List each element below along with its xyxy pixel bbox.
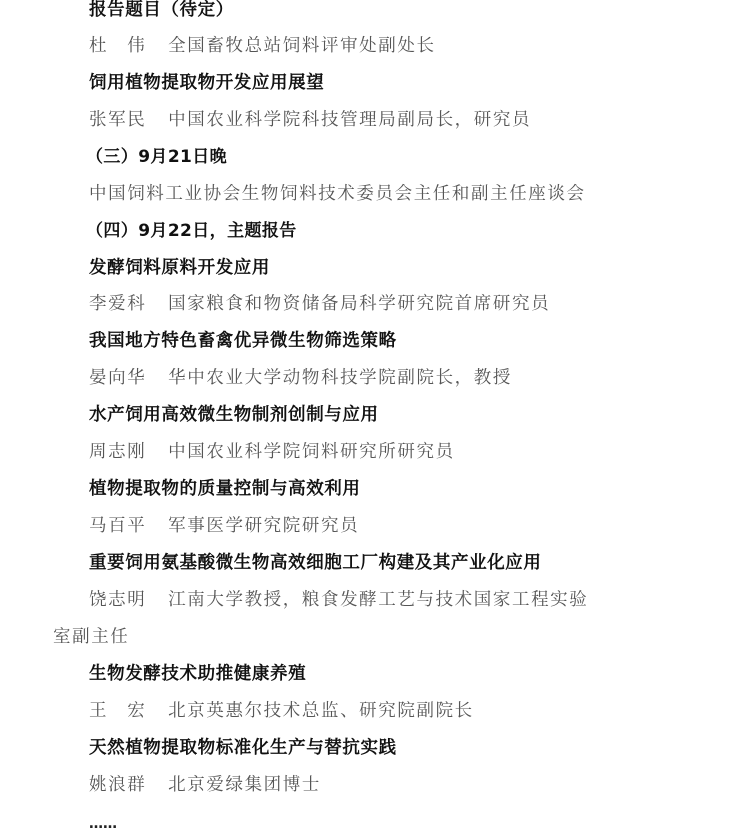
speaker-line: 李爱科 国家粮食和物资储备局科学研究院首席研究员 bbox=[89, 292, 550, 316]
event-description: 中国饲料工业协会生物饲料技术委员会主任和副主任座谈会 bbox=[89, 182, 586, 206]
speaker-name: 马百平 bbox=[89, 514, 161, 538]
speaker-affiliation: 国家粮食和物资储备局科学研究院首席研究员 bbox=[168, 294, 550, 314]
speaker-line: 姚浪群 北京爱绿集团博士 bbox=[89, 773, 321, 797]
speaker-line: 饶志明 江南大学教授，粮食发酵工艺与技术国家工程实验 bbox=[89, 588, 588, 612]
section-heading: （四）9月22日，主题报告 bbox=[86, 219, 297, 243]
speaker-line: 马百平 军事医学研究院研究员 bbox=[89, 514, 359, 538]
report-title: 重要饲用氨基酸微生物高效细胞工厂构建及其产业化应用 bbox=[89, 551, 542, 575]
speaker-affiliation: 全国畜牧总站饲料评审处副处长 bbox=[168, 36, 435, 56]
speaker-affiliation: 江南大学教授，粮食发酵工艺与技术国家工程实验 bbox=[168, 590, 588, 610]
report-title: 水产饲用高效微生物制剂创制与应用 bbox=[89, 403, 379, 427]
speaker-line: 杜 伟 全国畜牧总站饲料评审处副处长 bbox=[89, 34, 436, 58]
speaker-name: 周志刚 bbox=[89, 440, 161, 464]
speaker-name: 饶志明 bbox=[89, 588, 161, 612]
speaker-line: 张军民 中国农业科学院科技管理局副局长，研究员 bbox=[89, 108, 531, 132]
speaker-affiliation: 中国农业科学院饲料研究所研究员 bbox=[168, 442, 455, 462]
speaker-name: 杜 伟 bbox=[89, 34, 161, 58]
ellipsis: …… bbox=[89, 812, 117, 836]
speaker-name: 王 宏 bbox=[89, 699, 161, 723]
report-title: 生物发酵技术助推健康养殖 bbox=[89, 662, 306, 686]
report-title: 我国地方特色畜禽优异微生物筛选策略 bbox=[89, 329, 397, 353]
speaker-affiliation: 北京爱绿集团博士 bbox=[168, 775, 321, 795]
speaker-name: 晏向华 bbox=[89, 366, 161, 390]
speaker-name: 姚浪群 bbox=[89, 773, 161, 797]
speaker-line: 晏向华 华中农业大学动物科技学院副院长，教授 bbox=[89, 366, 512, 390]
report-title: 天然植物提取物标准化生产与替抗实践 bbox=[89, 736, 397, 760]
speaker-line: 王 宏 北京英惠尔技术总监、研究院副院长 bbox=[89, 699, 474, 723]
document-page: 报告题目（待定） 杜 伟 全国畜牧总站饲料评审处副处长 饲用植物提取物开发应用展… bbox=[0, 0, 739, 840]
speaker-affiliation: 军事医学研究院研究员 bbox=[168, 516, 359, 536]
report-title: 发酵饲料原料开发应用 bbox=[89, 256, 270, 280]
speaker-affiliation: 中国农业科学院科技管理局副局长，研究员 bbox=[168, 110, 531, 130]
section-heading: （三）9月21日晚 bbox=[86, 145, 227, 169]
speaker-line: 周志刚 中国农业科学院饲料研究所研究员 bbox=[89, 440, 455, 464]
speaker-affiliation: 北京英惠尔技术总监、研究院副院长 bbox=[168, 701, 474, 721]
report-title: 饲用植物提取物开发应用展望 bbox=[89, 71, 324, 95]
affiliation-continuation: 室副主任 bbox=[53, 625, 129, 649]
speaker-affiliation: 华中农业大学动物科技学院副院长，教授 bbox=[168, 368, 512, 388]
speaker-name: 张军民 bbox=[89, 108, 161, 132]
speaker-name: 李爱科 bbox=[89, 292, 161, 316]
report-title: 植物提取物的质量控制与高效利用 bbox=[89, 477, 361, 501]
report-title: 报告题目（待定） bbox=[89, 0, 234, 22]
